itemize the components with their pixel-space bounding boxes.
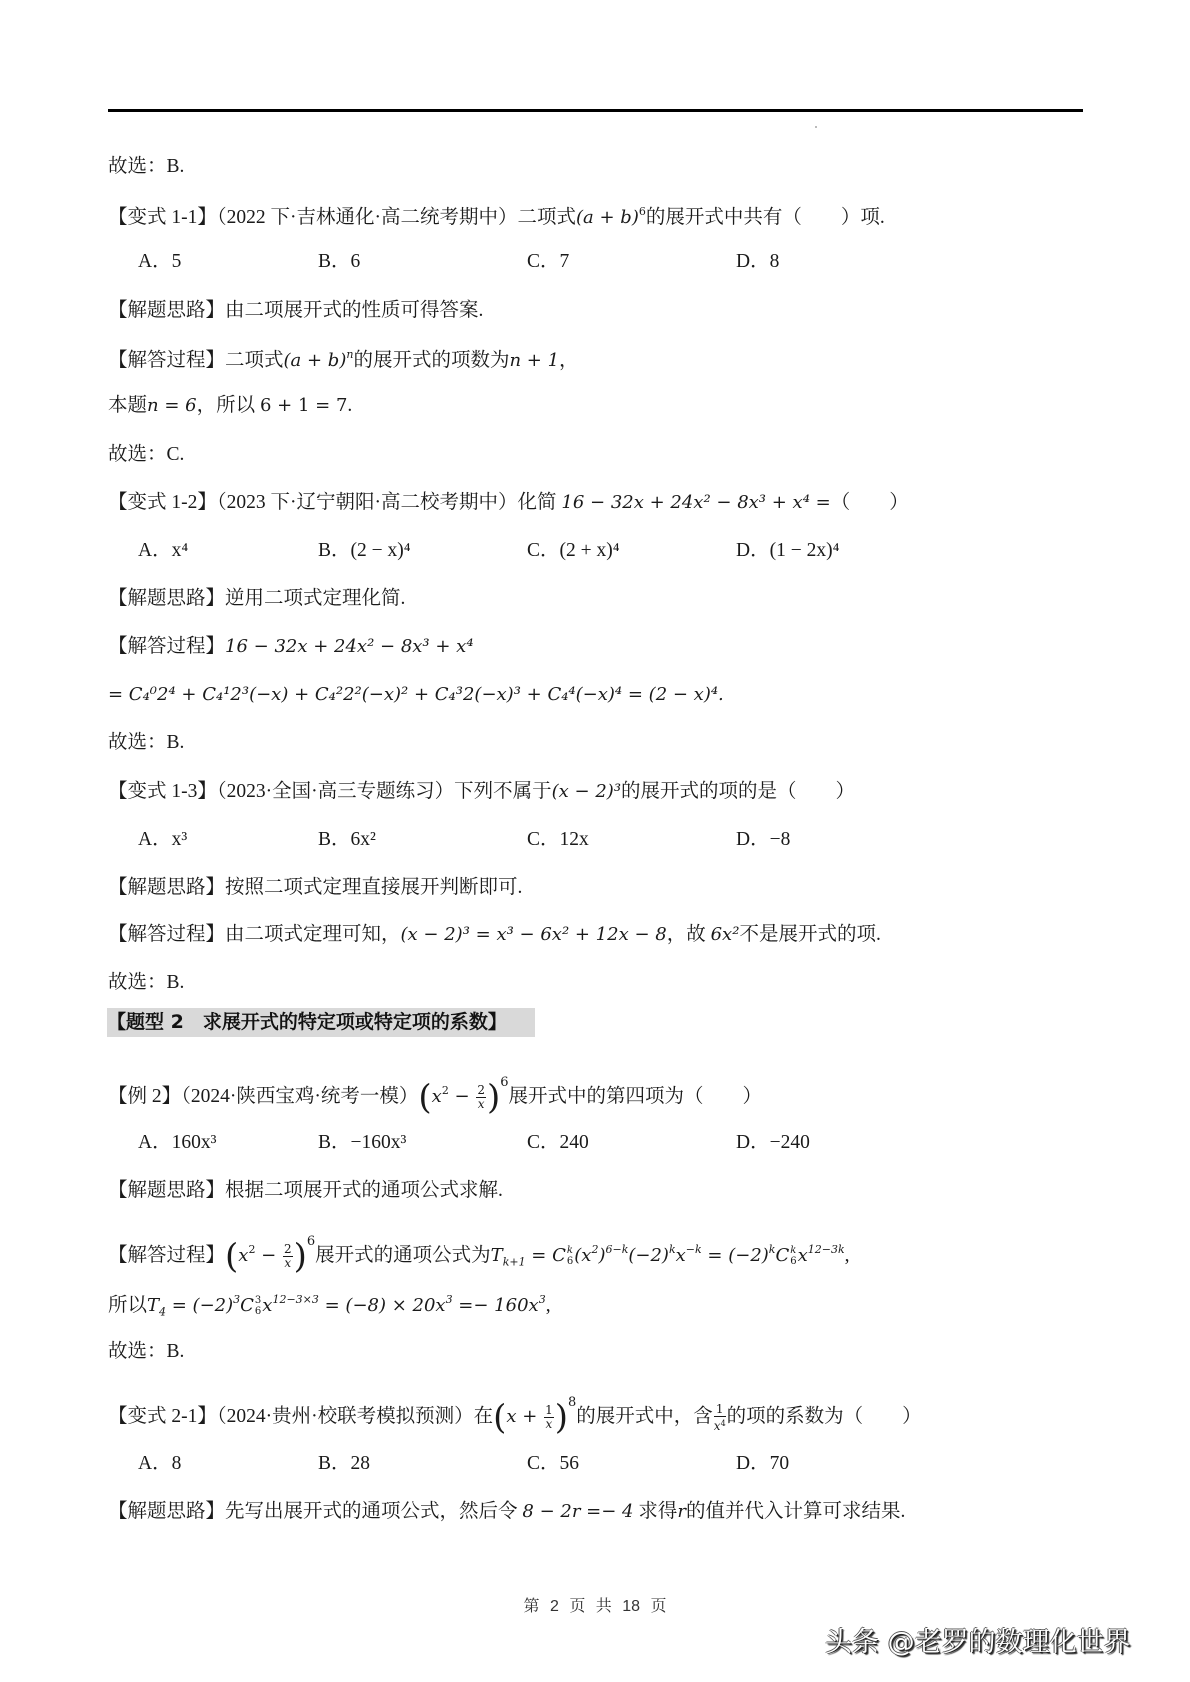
solution-process-line2: 本题n = 6，所以 6 + 1 = 7.	[108, 393, 352, 419]
idea-label: 【解题思路】	[108, 877, 225, 898]
question-label: 【变式 1-3】	[108, 781, 217, 802]
math-expr: x2 −	[238, 1245, 282, 1266]
process-text: 所以	[108, 1295, 147, 1316]
question-label: 【例 2】	[108, 1086, 181, 1107]
solution-idea: 【解题思路】先写出展开式的通项公式，然后令 8 − 2r =− 4 求得r的值并…	[108, 1499, 905, 1525]
process-text: ,	[845, 1245, 850, 1266]
solution-process: 【解答过程】16 − 32x + 24x² − 8x³ + x⁴	[108, 634, 474, 660]
solution-process-line2: 所以T4 = (−2)3C36x12−3×3 = (−8) × 20x3 =− …	[108, 1287, 551, 1319]
question-source: （2022 下·吉林通化·高二统考期中）	[217, 207, 518, 228]
header-rule	[108, 109, 1083, 112]
math-fraction: 1x	[544, 1404, 554, 1431]
solution-idea: 【解题思路】根据二项展开式的通项公式求解.	[108, 1178, 503, 1204]
option-a: A．8	[138, 1451, 181, 1477]
process-text: 二项式	[225, 350, 284, 371]
option-a: A．x⁴	[138, 538, 188, 564]
header-dot	[815, 126, 817, 128]
process-label: 【解答过程】	[108, 1245, 225, 1266]
idea-text: 先写出展开式的通项公式，然后令	[225, 1501, 522, 1522]
math-expr: x2 −	[432, 1086, 476, 1107]
solution-process: 【解答过程】二项式(a + b)n的展开式的项数为n + 1，	[108, 342, 579, 374]
answer-line: 故选：B.	[108, 154, 184, 180]
option-a: A．x³	[138, 827, 187, 853]
process-text: 展开式的通项公式为	[315, 1245, 491, 1266]
math-expr: = C₄⁰2⁴ + C₄¹2³(−x) + C₄²2²(−x)² + C₄³2(…	[108, 684, 724, 705]
idea-text: 逆用二项式定理化简.	[225, 588, 405, 609]
stem-text: 下列不属于	[454, 781, 552, 802]
idea-label: 【解题思路】	[108, 1501, 225, 1522]
stem-text: 的项的系数为（ ）	[727, 1406, 922, 1427]
math-expr: (x − 2)³ = x³ − 6x² + 12x − 8	[401, 924, 667, 945]
answer-line: 故选：B.	[108, 730, 184, 756]
process-label: 【解答过程】	[108, 350, 225, 371]
math-exponent: 6	[639, 205, 646, 218]
question-source: （2023·全国·高三专题练习）	[217, 781, 454, 802]
question-source: （2024·陕西宝鸡·统考一模）	[181, 1086, 418, 1107]
options-v11: A．5 B．6 C．7 D．8	[108, 249, 1008, 275]
stem-text: 化简	[518, 492, 562, 513]
math-paren-close: )	[487, 1078, 500, 1118]
math-expr: 8 − 2r =− 4	[522, 1501, 633, 1522]
watermark: 头条 @老罗的数理化世界	[825, 1620, 1131, 1659]
math-paren-open: (	[225, 1237, 238, 1277]
math-expr: n + 1	[509, 350, 559, 371]
options-v12: A．x⁴ B．(2 − x)⁴ C．(2 + x)⁴ D．(1 − 2x)⁴	[108, 538, 1008, 564]
solution-process: 【解答过程】(x2 − 2x)6展开式的通项公式为Tk+1 = Ck6(x2)6…	[108, 1222, 850, 1276]
option-c: C．56	[527, 1451, 579, 1477]
math-expr: n = 6	[147, 395, 197, 416]
math-fraction: 2x	[283, 1243, 293, 1270]
math-expr: 6 + 1 = 7	[260, 395, 347, 416]
option-d: D．(1 − 2x)⁴	[736, 538, 839, 564]
process-text: ，故	[667, 924, 711, 945]
process-text: ，所以	[197, 395, 260, 416]
process-label: 【解答过程】	[108, 924, 225, 945]
math-fraction: 1x4	[714, 1403, 726, 1433]
answer-text: 故选：B.	[108, 972, 184, 993]
solution-process: 【解答过程】由二项式定理可知，(x − 2)³ = x³ − 6x² + 12x…	[108, 922, 881, 948]
question-label: 【变式 2-1】	[108, 1406, 217, 1427]
question-source: （2023 下·辽宁朝阳·高二校考期中）	[217, 492, 518, 513]
math-paren-close: )	[294, 1237, 307, 1277]
stem-text: 展开式中的第四项为（ ）	[509, 1086, 763, 1107]
math-expr: (a + b)	[576, 207, 639, 228]
option-d: D．70	[736, 1451, 789, 1477]
question-v13-stem: 【变式 1-3】（2023·全国·高三专题练习）下列不属于(x − 2)³的展开…	[108, 779, 855, 805]
math-exponent: 6	[307, 1234, 315, 1249]
answer-text: 故选：B.	[108, 1341, 184, 1362]
answer-line: 故选：B.	[108, 1339, 184, 1365]
idea-text: 的值并代入计算可求结果.	[686, 1501, 905, 1522]
options-ex2: A．160x³ B．−160x³ C．240 D．−240	[108, 1130, 1008, 1156]
question-ex2-stem: 【例 2】（2024·陕西宝鸡·统考一模）(x2 − 2x)6展开式中的第四项为…	[108, 1063, 762, 1117]
solution-idea: 【解题思路】按照二项式定理直接展开判断即可.	[108, 875, 522, 901]
option-c: C．240	[527, 1130, 589, 1156]
math-expr: (x − 2)³	[552, 781, 621, 802]
idea-text: 按照二项式定理直接展开判断即可.	[225, 877, 522, 898]
question-v21-stem: 【变式 2-1】（2024·贵州·校联考模拟预测）在(x + 1x)8的展开式中…	[108, 1383, 922, 1437]
solution-idea: 【解题思路】逆用二项式定理化简.	[108, 586, 405, 612]
process-text: 本题	[108, 395, 147, 416]
stem-text: 的展开式中共有（ ）项.	[646, 207, 885, 228]
option-b: B．6	[318, 249, 360, 275]
stem-text: （ ）	[831, 492, 909, 513]
section-heading: 【题型 2 求展开式的特定项或特定项的系数】	[107, 1008, 535, 1037]
idea-text: 根据二项展开式的通项公式求解.	[225, 1180, 503, 1201]
option-b: B．−160x³	[318, 1130, 406, 1156]
process-text: ，	[559, 350, 579, 371]
option-b: B．(2 − x)⁴	[318, 538, 411, 564]
math-expr: r	[677, 1501, 686, 1522]
process-text: 的展开式的项数为	[353, 350, 509, 371]
answer-line: 故选：C.	[108, 442, 184, 468]
math-expr: 16 − 32x + 24x² − 8x³ + x⁴ =	[561, 492, 830, 513]
math-expr: 16 − 32x + 24x² − 8x³ + x⁴	[225, 636, 474, 657]
answer-text: 故选：B.	[108, 732, 184, 753]
math-fraction: 2x	[476, 1084, 486, 1111]
process-text: 由二项式定理可知，	[225, 924, 401, 945]
stem-text: 二项式	[518, 207, 577, 228]
stem-text: 的展开式中，含	[576, 1406, 713, 1427]
option-a: A．5	[138, 249, 181, 275]
math-paren-open: (	[493, 1398, 506, 1438]
options-v21: A．8 B．28 C．56 D．70	[108, 1451, 1008, 1477]
math-paren-close: )	[555, 1398, 568, 1438]
math-paren-open: (	[418, 1078, 431, 1118]
answer-line: 故选：B.	[108, 970, 184, 996]
answer-text: 故选：C.	[108, 444, 184, 465]
math-exponent: 6	[500, 1075, 508, 1090]
solution-process-line2: = C₄⁰2⁴ + C₄¹2³(−x) + C₄²2²(−x)² + C₄³2(…	[108, 682, 724, 708]
question-label: 【变式 1-1】	[108, 207, 217, 228]
stem-text: 的展开式的项的是（ ）	[621, 781, 855, 802]
process-text: ,	[546, 1295, 551, 1316]
option-c: C．(2 + x)⁴	[527, 538, 620, 564]
option-c: C．12x	[527, 827, 589, 853]
idea-label: 【解题思路】	[108, 1180, 225, 1201]
page-footer: 第 2 页 共 18 页	[0, 1593, 1190, 1616]
idea-label: 【解题思路】	[108, 588, 225, 609]
stem-text: 在	[474, 1406, 494, 1427]
question-v12-stem: 【变式 1-2】（2023 下·辽宁朝阳·高二校考期中）化简 16 − 32x …	[108, 490, 909, 516]
option-a: A．160x³	[138, 1130, 216, 1156]
math-expr: x +	[506, 1406, 543, 1427]
option-b: B．6x²	[318, 827, 376, 853]
option-d: D．−240	[736, 1130, 810, 1156]
option-d: D．8	[736, 249, 779, 275]
math-formula: Tk+1 = Ck6(x2)6−k(−2)kx−k = (−2)kCk6x12−…	[491, 1245, 845, 1266]
process-label: 【解答过程】	[108, 636, 225, 657]
math-formula: T4 = (−2)3C36x12−3×3 = (−8) × 20x3 =− 16…	[147, 1295, 546, 1316]
question-label: 【变式 1-2】	[108, 492, 217, 513]
option-b: B．28	[318, 1451, 370, 1477]
math-expr: (a + b)	[284, 350, 347, 371]
solution-idea: 【解题思路】由二项展开式的性质可得答案.	[108, 298, 483, 324]
idea-label: 【解题思路】	[108, 300, 225, 321]
idea-text: 由二项展开式的性质可得答案.	[225, 300, 483, 321]
options-v13: A．x³ B．6x² C．12x D．−8	[108, 827, 1008, 853]
process-text: 不是展开式的项.	[739, 924, 880, 945]
option-c: C．7	[527, 249, 569, 275]
answer-text: 故选：B.	[108, 156, 184, 177]
idea-text: 求得	[634, 1501, 678, 1522]
question-source: （2024·贵州·校联考模拟预测）	[217, 1406, 474, 1427]
math-expr: 6x²	[711, 924, 740, 945]
question-v11-stem: 【变式 1-1】（2022 下·吉林通化·高二统考期中）二项式(a + b)6的…	[108, 199, 885, 231]
option-d: D．−8	[736, 827, 790, 853]
process-text: .	[347, 395, 352, 416]
